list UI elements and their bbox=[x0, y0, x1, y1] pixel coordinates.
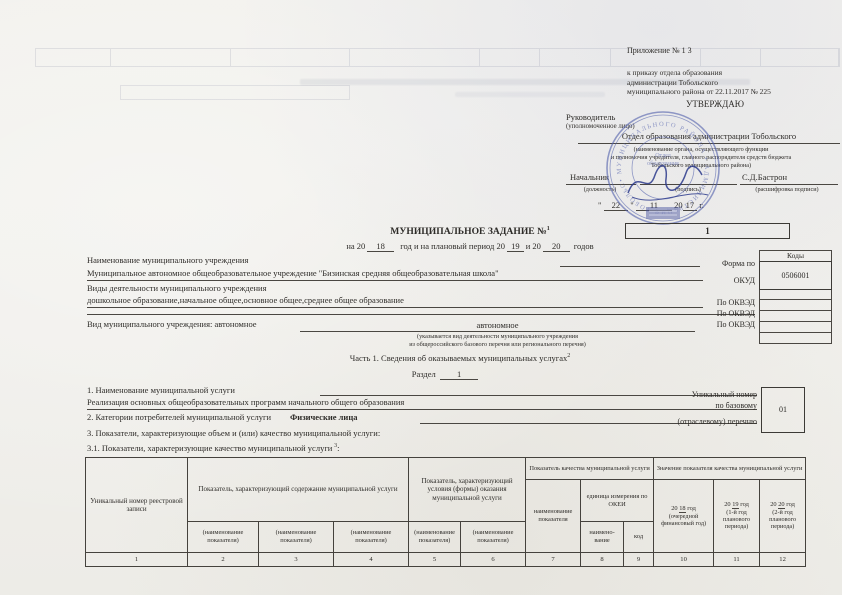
scanned-document-page: Приложение № 1 3 к приказу отдела образо… bbox=[0, 0, 842, 595]
part1-footnote: 2 bbox=[567, 353, 570, 359]
year-prefix: 20 bbox=[724, 501, 730, 508]
s31-colon: : bbox=[337, 443, 339, 453]
period-text: на 20 bbox=[346, 241, 365, 251]
year-2018-header: 20 18 год (очередной финансовый год) bbox=[654, 480, 714, 553]
year-note: (очередной финансовый год) bbox=[656, 513, 711, 527]
period-text: и 20 bbox=[526, 241, 541, 251]
unique-number-box: 01 bbox=[761, 387, 805, 433]
year-note: (1-й год планового периода) bbox=[716, 509, 757, 531]
period-text: год и на плановый период 20 bbox=[400, 241, 505, 251]
col-number: 3 bbox=[259, 553, 334, 567]
col-quality-header: Показатель качества муниципальной услуги bbox=[526, 458, 654, 480]
okved-label: По ОКВЭД bbox=[655, 320, 755, 330]
period-year3: 20 bbox=[552, 241, 561, 251]
s31-text: 3.1. Показатели, характеризующие качеств… bbox=[87, 443, 332, 453]
year-note: (2-й год планового периода) bbox=[762, 509, 803, 531]
title-footnote: 1 bbox=[547, 226, 550, 232]
scan-artifact-table bbox=[35, 48, 840, 67]
quality-indicators-label: 3.1. Показатели, характеризующие качеств… bbox=[87, 443, 339, 454]
period-text: годов bbox=[574, 241, 594, 251]
col-number: 8 bbox=[581, 553, 624, 567]
sub-indicator-header: (наименование показателя) bbox=[334, 522, 409, 553]
col-number: 10 bbox=[654, 553, 714, 567]
year-suffix: год bbox=[786, 501, 795, 508]
okved-value-cell bbox=[760, 311, 831, 322]
year-2019-header: 20 19 год (1-й год планового периода) bbox=[714, 480, 760, 553]
title-text: МУНИЦИПАЛЬНОЕ ЗАДАНИЕ № bbox=[390, 226, 546, 237]
year-digits: 18 bbox=[679, 505, 685, 513]
round-stamp: • МУНИЦИПАЛЬНОГО РАЙОНА • АДМИНИСТРАЦИЯ … bbox=[598, 105, 730, 231]
unique-number-line: Уникальный номер bbox=[600, 389, 757, 400]
razdel-value: 1 bbox=[457, 369, 461, 379]
document-title: МУНИЦИПАЛЬНОЕ ЗАДАНИЕ №1 bbox=[290, 226, 650, 237]
unit-name-header: наимено-вание bbox=[581, 522, 624, 553]
institution-type-value: автономное bbox=[300, 320, 695, 332]
stamp-bottom-block bbox=[646, 207, 680, 219]
col-number: 9 bbox=[624, 553, 654, 567]
col-number: 7 bbox=[526, 553, 581, 567]
indicators-label: 3. Показатели, характеризующие объем и (… bbox=[87, 428, 380, 439]
form-okud-label: Форма по bbox=[655, 259, 755, 269]
type-note-line: из общероссийского базового перечня или … bbox=[300, 341, 695, 349]
year-suffix: год bbox=[740, 501, 749, 508]
col-number: 4 bbox=[334, 553, 409, 567]
year-suffix: год bbox=[687, 505, 696, 512]
approver-name: С.Д.Бастрон bbox=[742, 172, 787, 183]
col-number: 12 bbox=[760, 553, 806, 567]
sub-indicator-header: (наименование показателя) bbox=[461, 522, 526, 553]
order-line: муниципального района от 22.11.2017 № 22… bbox=[627, 87, 842, 97]
okved-value-cell bbox=[760, 322, 831, 333]
codes-empty-cell bbox=[760, 289, 831, 300]
appendix-label: Приложение № 1 3 bbox=[627, 46, 692, 56]
col-conditions-header: Показатель, характеризующий условия (фор… bbox=[409, 458, 526, 522]
col-number: 1 bbox=[86, 553, 188, 567]
year-prefix: 20 bbox=[770, 501, 776, 508]
institution-type-label: Вид муниципального учреждения: автономно… bbox=[87, 319, 257, 330]
scan-artifact-text bbox=[455, 92, 605, 97]
order-reference: к приказу отдела образования администрац… bbox=[627, 68, 842, 97]
okved-label: По ОКВЭД bbox=[655, 298, 755, 308]
col-number: 5 bbox=[409, 553, 461, 567]
unit-okei-header: единица измерения по ОКЕИ bbox=[581, 480, 654, 522]
codes-box: Коды 0506001 bbox=[759, 250, 832, 344]
part1-text: Часть 1. Сведения об оказываемых муницип… bbox=[350, 353, 568, 363]
codes-empty-cell bbox=[760, 333, 831, 344]
name-underline bbox=[740, 184, 838, 185]
sub-indicator-header: (наименование показателя) bbox=[188, 522, 259, 553]
period-year2: 19 bbox=[511, 241, 520, 251]
consumer-category-value: Физические лица bbox=[290, 412, 357, 423]
okud-code-value: 0506001 bbox=[759, 261, 832, 290]
appendix-text: Приложение № 1 3 bbox=[627, 46, 692, 55]
institution-type-note: (указывается вид деятельности муниципаль… bbox=[300, 333, 695, 349]
sub-indicator-header: (наименование показателя) bbox=[409, 522, 461, 553]
okved-label: По ОКВЭД bbox=[655, 309, 755, 319]
institution-activity-value: дошкольное образование,начальное общее,о… bbox=[87, 295, 703, 308]
okved-value-cell bbox=[760, 300, 831, 311]
institution-name-label: Наименование муниципального учреждения bbox=[87, 255, 248, 266]
unique-number-line: по базовому bbox=[600, 400, 757, 411]
col-value-header: Значение показателя качества муниципальн… bbox=[654, 458, 806, 480]
col-content-header: Показатель, характеризующий содержание м… bbox=[188, 458, 409, 522]
consumer-category-label: 2. Категории потребителей муниципальной … bbox=[87, 412, 271, 423]
part1-heading: Часть 1. Сведения об оказываемых муницип… bbox=[160, 353, 760, 364]
razdel-line: Раздел 1 bbox=[345, 369, 545, 380]
stamp-center-text: Отдел bbox=[655, 153, 671, 159]
period-year1: 18 bbox=[376, 241, 385, 251]
year-2020-header: 20 20 год (2-й год планового периода) bbox=[760, 480, 806, 553]
quality-indicators-table: Уникальный номер реестровой записи Показ… bbox=[85, 457, 806, 567]
col-number: 2 bbox=[188, 553, 259, 567]
order-line: администрации Тобольского bbox=[627, 78, 842, 88]
signature-scribble bbox=[628, 166, 708, 200]
institution-name-value: Муниципальное автономное общеобразовател… bbox=[87, 268, 703, 281]
year-prefix: 20 bbox=[671, 505, 677, 512]
order-line: к приказу отдела образования bbox=[627, 68, 842, 78]
unit-code-header: код bbox=[624, 522, 654, 553]
col-number: 11 bbox=[714, 553, 760, 567]
scan-artifact-box bbox=[120, 85, 350, 100]
service-name-label: 1. Наименование муниципальной услуги bbox=[87, 385, 235, 396]
form-okud-label2: ОКУД bbox=[655, 276, 755, 286]
unique-number-label: Уникальный номер по базовому (отраслевом… bbox=[600, 389, 757, 427]
col-number: 6 bbox=[461, 553, 526, 567]
razdel-label: Раздел bbox=[412, 369, 436, 379]
institution-activity-label: Виды деятельности муниципального учрежде… bbox=[87, 283, 266, 294]
indicator-name-header: наименование показателя bbox=[526, 480, 581, 553]
planning-period-line: на 20 18 год и на плановый период 20 19 … bbox=[270, 241, 670, 252]
col-registry-header: Уникальный номер реестровой записи bbox=[86, 458, 188, 553]
type-note-line: (указывается вид деятельности муниципаль… bbox=[300, 333, 695, 341]
name-note: (расшифровка подписи) bbox=[732, 186, 842, 193]
sub-indicator-header: (наименование показателя) bbox=[259, 522, 334, 553]
unique-number-line: (отраслевому) перечню bbox=[600, 416, 757, 427]
